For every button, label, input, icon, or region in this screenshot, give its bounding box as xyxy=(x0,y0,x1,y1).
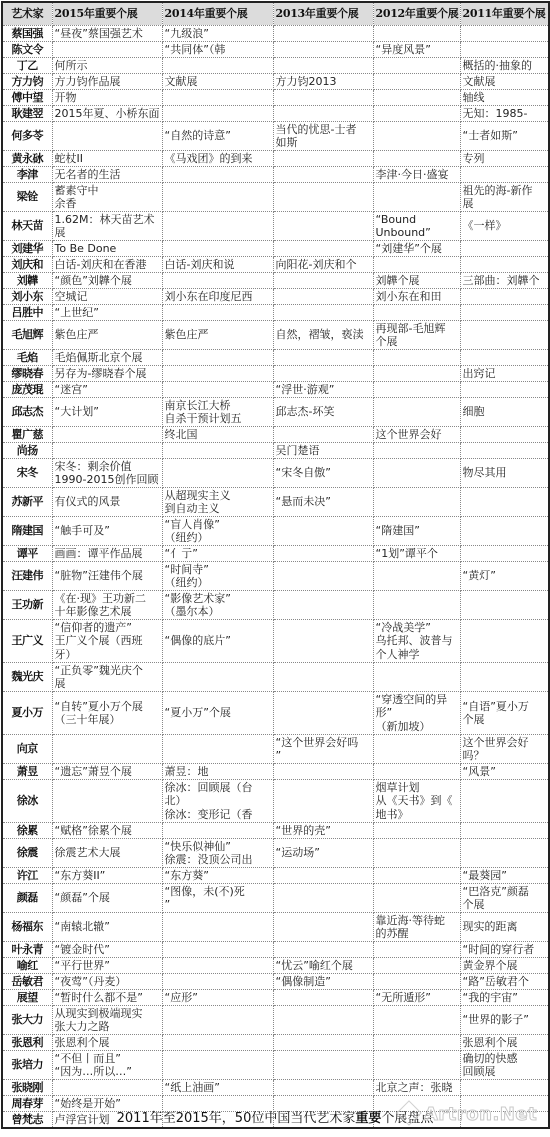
artist-name-cell: 黄永砅 xyxy=(2,151,52,167)
exhibition-cell-2013: “这个世界会好吗 ” xyxy=(273,735,373,764)
exhibition-cell-2011 xyxy=(460,167,549,183)
exhibition-cell-2011: 文献展 xyxy=(460,74,549,90)
table-row: 黄永砅蛇杖II《马戏团》的到来专列 xyxy=(2,151,549,167)
exhibition-cell-2011: “士者如斯” xyxy=(460,122,549,151)
exhibition-cell-2014: “东方葵” xyxy=(162,868,273,884)
exhibition-cell-2012 xyxy=(373,663,460,692)
exhibition-cell-2013: “悬而未决” xyxy=(273,488,373,517)
exhibition-cell-2014 xyxy=(162,974,273,990)
exhibition-cell-2012: 靠近海·等待蛇 的苏醒 xyxy=(373,913,460,942)
exhibition-cell-2012 xyxy=(373,884,460,913)
artist-name-cell: 徐震 xyxy=(2,839,52,868)
exhibition-cell-2012: “异度风景” xyxy=(373,42,460,58)
exhibition-cell-2015: 《在·现》王功新二 十年影像艺术展 xyxy=(52,591,162,620)
table-row: 展望“暂时什么都不是”“应形”“无所遁形”“我的宇宙” xyxy=(2,990,549,1006)
exhibition-cell-2013 xyxy=(273,663,373,692)
exhibition-cell-2014: 徐冰：回顾展（台 北） 徐冰：变形记（香 xyxy=(162,780,273,823)
exhibition-cell-2014: “图像，未(不)死 ” xyxy=(162,884,273,913)
exhibition-cell-2012 xyxy=(373,591,460,620)
exhibition-cell-2011 xyxy=(460,780,549,823)
exhibition-cell-2011: “巴洛克”颜磊 个展 xyxy=(460,884,549,913)
exhibition-cell-2011 xyxy=(460,305,549,321)
exhibition-cell-2013: 自然，褶皱，亵渎 xyxy=(273,321,373,350)
exhibition-cell-2013 xyxy=(273,764,373,780)
exhibition-cell-2015 xyxy=(52,780,162,823)
exhibition-cell-2012: “隋建国” xyxy=(373,517,460,546)
artist-name-cell: 林天苗 xyxy=(2,212,52,241)
exhibition-cell-2013 xyxy=(273,1080,373,1096)
exhibition-cell-2014: 终北国 xyxy=(162,427,273,443)
exhibition-cell-2015: “镀金时代” xyxy=(52,942,162,958)
table-row: 刘韡“颜色”刘韡个展刘韡个展三部曲：刘韡个 xyxy=(2,273,549,289)
exhibition-cell-2012 xyxy=(373,74,460,90)
exhibition-cell-2013 xyxy=(273,1051,373,1080)
artist-name-cell: 李津 xyxy=(2,167,52,183)
table-row: 张恩利张恩利个展张恩利个展 xyxy=(2,1035,549,1051)
artist-name-cell: 方力钧 xyxy=(2,74,52,90)
artist-name-cell: 展望 xyxy=(2,990,52,1006)
exhibition-cell-2013 xyxy=(273,42,373,58)
table-row: 刘庆和白话-刘庆和在香港白话-刘庆和说向阳花-刘庆和个 xyxy=(2,257,549,273)
table-row: 何多苓“自然的诗意”当代的忧思-士者 如斯“士者如斯” xyxy=(2,122,549,151)
exhibition-cell-2015 xyxy=(52,1080,162,1096)
artist-name-cell: 杨福东 xyxy=(2,913,52,942)
exhibition-cell-2013 xyxy=(273,1006,373,1035)
exhibition-cell-2014 xyxy=(162,183,273,212)
exhibition-cell-2014 xyxy=(162,1035,273,1051)
exhibition-cell-2014: “亻亍” xyxy=(162,546,273,562)
exhibition-cell-2011: 现实的距离 xyxy=(460,913,549,942)
exhibition-cell-2011: 这个世界会好 吗？ xyxy=(460,735,549,764)
exhibition-cell-2012 xyxy=(373,257,460,273)
exhibition-cell-2014 xyxy=(162,958,273,974)
exhibition-cell-2012: 这个世界会好 xyxy=(373,427,460,443)
table-row: 谭平画画：谭平作品展“亻亍”“1划”谭平个 xyxy=(2,546,549,562)
exhibition-cell-2015: 画画：谭平作品展 xyxy=(52,546,162,562)
exhibition-cell-2011: “最葵园” xyxy=(460,868,549,884)
exhibition-cell-2013: 邱志杰-坏笑 xyxy=(273,398,373,427)
exhibition-cell-2015: 蓄素守中 余香 xyxy=(52,183,162,212)
table-row: 张培力“不但丨而且” “因为…所以…”确切的快感 回顾展 xyxy=(2,1051,549,1080)
table-row: 喻红“平行世界”“忧云”喻红个展黄金界个展 xyxy=(2,958,549,974)
exhibition-cell-2013 xyxy=(273,780,373,823)
exhibition-cell-2013 xyxy=(273,273,373,289)
exhibition-cell-2015: “夜莺”（丹麦） xyxy=(52,974,162,990)
exhibition-cell-2013 xyxy=(273,517,373,546)
table-row: 蔡国强“昼夜”蔡国强艺术“九级浪” xyxy=(2,26,549,42)
artist-name-cell: 徐累 xyxy=(2,823,52,839)
artist-name-cell: 徐冰 xyxy=(2,780,52,823)
exhibition-cell-2014 xyxy=(162,241,273,257)
exhibition-cell-2015: 空城记 xyxy=(52,289,162,305)
artist-name-cell: 谭平 xyxy=(2,546,52,562)
exhibition-cell-2013 xyxy=(273,26,373,42)
exhibition-cell-2012 xyxy=(373,90,460,106)
exhibition-cell-2012: “冷战美学” 乌托邦、波普与 个人神学 xyxy=(373,620,460,663)
artist-name-cell: 张恩利 xyxy=(2,1035,52,1051)
table-row: 刘小东空城记刘小东在印度尼西刘小东在和田 xyxy=(2,289,549,305)
exhibition-cell-2012: “无所遁形” xyxy=(373,990,460,1006)
exhibition-cell-2015: 毛焰佩斯北京个展 xyxy=(52,350,162,366)
exhibition-cell-2015 xyxy=(52,735,162,764)
exhibition-cell-2014: “共同体”（韩 xyxy=(162,42,273,58)
artist-name-cell: 陈文令 xyxy=(2,42,52,58)
exhibition-cell-2012 xyxy=(373,1006,460,1035)
exhibition-cell-2011 xyxy=(460,620,549,663)
table-row: 吕胜中“上世纪” xyxy=(2,305,549,321)
exhibition-cell-2015 xyxy=(52,427,162,443)
exhibition-cell-2014 xyxy=(162,212,273,241)
exhibition-cell-2014: 白话-刘庆和说 xyxy=(162,257,273,273)
exhibition-cell-2013 xyxy=(273,90,373,106)
exhibition-cell-2011: 物尽其用 xyxy=(460,459,549,488)
exhibition-cell-2011: “世界的影子” xyxy=(460,1006,549,1035)
exhibition-cell-2011 xyxy=(460,427,549,443)
caption-text-pre: 2011年至2015年，50位中国当代艺术家 xyxy=(117,1111,356,1126)
artist-name-cell: 许江 xyxy=(2,868,52,884)
exhibition-cell-2015: 开物 xyxy=(52,90,162,106)
artist-name-cell: 何多苓 xyxy=(2,122,52,151)
exhibition-cell-2013 xyxy=(273,183,373,212)
exhibition-cell-2012 xyxy=(373,26,460,42)
exhibition-cell-2014 xyxy=(162,942,273,958)
exhibition-cell-2013: “偶像制造” xyxy=(273,974,373,990)
exhibition-cell-2011: “路”岳敏君个 xyxy=(460,974,549,990)
exhibition-cell-2015: “信仰者的遗产” 王广义个展（西班 牙） xyxy=(52,620,162,663)
exhibition-cell-2013 xyxy=(273,305,373,321)
artist-name-cell: 刘韡 xyxy=(2,273,52,289)
table-row: 张大力从现实到极端现实 张大力之路“世界的影子” xyxy=(2,1006,549,1035)
exhibition-cell-2012 xyxy=(373,443,460,459)
exhibition-cell-2014: “影像艺术家” （墨尔本） xyxy=(162,591,273,620)
artist-name-cell: 宋冬 xyxy=(2,459,52,488)
exhibition-cell-2015: 1.62M：林天苗艺术展 xyxy=(52,212,162,241)
header-2014: 2014年重要个展 xyxy=(162,2,273,26)
table-row: 向京“这个世界会好吗 ” 这个世界会好 吗？ xyxy=(2,735,549,764)
table-row: 汪建伟“脏物”汪建伟个展“时间寺” （纽约）“黄灯” xyxy=(2,562,549,591)
exhibition-cell-2013 xyxy=(273,1035,373,1051)
table-row: 陈文令“共同体”（韩“异度风景” xyxy=(2,42,549,58)
table-row: 徐冰徐冰：回顾展（台 北） 徐冰：变形记（香烟草计划 从《天书》到《 地书》 xyxy=(2,780,549,823)
exhibition-cell-2013 xyxy=(273,58,373,74)
exhibition-cell-2011 xyxy=(460,663,549,692)
exhibition-cell-2012 xyxy=(373,942,460,958)
artist-name-cell: 王广义 xyxy=(2,620,52,663)
exhibition-cell-2015: “颜磊”个展 xyxy=(52,884,162,913)
exhibition-cell-2013: 向阳花-刘庆和个 xyxy=(273,257,373,273)
exhibition-cell-2014: 文献展 xyxy=(162,74,273,90)
artist-name-cell: 张培力 xyxy=(2,1051,52,1080)
exhibition-cell-2013 xyxy=(273,289,373,305)
exhibition-cell-2015: “上世纪” xyxy=(52,305,162,321)
exhibition-cell-2012 xyxy=(373,839,460,868)
exhibition-cell-2012 xyxy=(373,382,460,398)
exhibition-cell-2015: “自转”夏小万个展 （三十年展） xyxy=(52,692,162,735)
exhibition-cell-2011 xyxy=(460,443,549,459)
exhibition-cell-2012 xyxy=(373,106,460,122)
table-row: 隋建国“触手可及”“盲人肖像” （纽约）“隋建国” xyxy=(2,517,549,546)
exhibition-cell-2014: “夏小万”个展 xyxy=(162,692,273,735)
exhibition-cell-2014: “九级浪” xyxy=(162,26,273,42)
exhibition-table-container: 艺术家 2015年重要个展 2014年重要个展 2013年重要个展 2012年重… xyxy=(1,1,548,1129)
table-header-row: 艺术家 2015年重要个展 2014年重要个展 2013年重要个展 2012年重… xyxy=(2,2,549,26)
exhibition-cell-2012: 李津·今日·盛宴 xyxy=(373,167,460,183)
exhibition-cell-2011: 三部曲：刘韡个 xyxy=(460,273,549,289)
table-row: 毛旭辉紫色庄严紫色庄严自然，褶皱，亵渎再现部-毛旭辉 个展 xyxy=(2,321,549,350)
exhibition-cell-2014 xyxy=(162,90,273,106)
exhibition-cell-2015: “平行世界” xyxy=(52,958,162,974)
table-row: 刘建华To Be Done“刘建华”个展 xyxy=(2,241,549,257)
exhibition-cell-2015: 2015年夏、小桥东面 xyxy=(52,106,162,122)
artist-name-cell: 喻红 xyxy=(2,958,52,974)
exhibition-cell-2015: “遗忘”萧昱个展 xyxy=(52,764,162,780)
table-row: 庞茂琨“迷宫”“浮世·游观” xyxy=(2,382,549,398)
exhibition-cell-2014 xyxy=(162,1051,273,1080)
exhibition-cell-2012: “1划”谭平个 xyxy=(373,546,460,562)
exhibition-cell-2015: To Be Done xyxy=(52,241,162,257)
artist-name-cell: 王功新 xyxy=(2,591,52,620)
exhibition-cell-2014: 萧昱：地 xyxy=(162,764,273,780)
artist-name-cell: 尚扬 xyxy=(2,443,52,459)
table-row: 王功新《在·现》王功新二 十年影像艺术展“影像艺术家” （墨尔本） xyxy=(2,591,549,620)
artist-name-cell: 瞿广慈 xyxy=(2,427,52,443)
exhibition-cell-2013 xyxy=(273,151,373,167)
exhibition-cell-2012 xyxy=(373,151,460,167)
exhibition-cell-2012 xyxy=(373,398,460,427)
artist-name-cell: 颜磊 xyxy=(2,884,52,913)
table-row: 魏光庆“正负零”魏光庆个 展 xyxy=(2,663,549,692)
exhibition-cell-2011: 概括的·抽象的 xyxy=(460,58,549,74)
exhibition-cell-2012 xyxy=(373,562,460,591)
table-row: 岳敏君“夜莺”（丹麦）“偶像制造”“路”岳敏君个 xyxy=(2,974,549,990)
header-2012: 2012年重要个展 xyxy=(373,2,460,26)
exhibition-cell-2013 xyxy=(273,427,373,443)
exhibition-cell-2013 xyxy=(273,366,373,382)
artist-name-cell: 缪晓春 xyxy=(2,366,52,382)
exhibition-cell-2014: “偶像的底片” xyxy=(162,620,273,663)
exhibition-cell-2014: “自然的诗意” xyxy=(162,122,273,151)
exhibition-cell-2014 xyxy=(162,735,273,764)
exhibition-cell-2011 xyxy=(460,257,549,273)
exhibition-cell-2011: “黄灯” xyxy=(460,562,549,591)
exhibition-cell-2011 xyxy=(460,517,549,546)
exhibition-cell-2013 xyxy=(273,350,373,366)
exhibition-cell-2015: 从现实到极端现实 张大力之路 xyxy=(52,1006,162,1035)
exhibition-cell-2011: 张恩利个展 xyxy=(460,1035,549,1051)
artist-name-cell: 萧昱 xyxy=(2,764,52,780)
exhibition-cell-2015: “昼夜”蔡国强艺术 xyxy=(52,26,162,42)
table-row: 苏新平有仪式的风景从超现实主义 到自动主义“悬而未决” xyxy=(2,488,549,517)
exhibition-cell-2014 xyxy=(162,167,273,183)
header-2011: 2011年重要个展 xyxy=(460,2,549,26)
table-row: 傅中望开物轴线 xyxy=(2,90,549,106)
table-row: 张晓刚“纸上油画”北京之声：张晓 xyxy=(2,1080,549,1096)
exhibition-cell-2015: “赋格”徐累个展 xyxy=(52,823,162,839)
exhibition-cell-2011 xyxy=(460,382,549,398)
watermark-text: Artron.Net xyxy=(424,1104,537,1125)
exhibition-cell-2013 xyxy=(273,212,373,241)
exhibition-cell-2014 xyxy=(162,366,273,382)
artist-name-cell: 夏小万 xyxy=(2,692,52,735)
exhibition-cell-2013 xyxy=(273,106,373,122)
exhibition-cell-2015: 张恩利个展 xyxy=(52,1035,162,1051)
exhibition-cell-2011: 专列 xyxy=(460,151,549,167)
exhibition-cell-2015: 何所示 xyxy=(52,58,162,74)
exhibition-cell-2011: 黄金界个展 xyxy=(460,958,549,974)
exhibition-cell-2013: 方力钧2013 xyxy=(273,74,373,90)
exhibition-cell-2015: “东方葵II” xyxy=(52,868,162,884)
exhibition-cell-2013 xyxy=(273,990,373,1006)
table-row: 耿建翌2015年夏、小桥东面无知：1985- xyxy=(2,106,549,122)
exhibition-cell-2011 xyxy=(460,26,549,42)
table-row: 杨福东“南辕北辙”靠近海·等待蛇 的苏醒现实的距离 xyxy=(2,913,549,942)
exhibition-cell-2012: 刘小东在和田 xyxy=(373,289,460,305)
artist-name-cell: 向京 xyxy=(2,735,52,764)
header-2013: 2013年重要个展 xyxy=(273,2,373,26)
exhibition-cell-2015 xyxy=(52,443,162,459)
exhibition-cell-2014 xyxy=(162,58,273,74)
exhibition-cell-2012 xyxy=(373,183,460,212)
artist-name-cell: 刘庆和 xyxy=(2,257,52,273)
table-row: 许江“东方葵II”“东方葵”“最葵园” xyxy=(2,868,549,884)
exhibition-cell-2012: “刘建华”个展 xyxy=(373,241,460,257)
artist-name-cell: 岳敏君 xyxy=(2,974,52,990)
artist-name-cell: 蔡国强 xyxy=(2,26,52,42)
artist-name-cell: 张晓刚 xyxy=(2,1080,52,1096)
exhibition-cell-2014 xyxy=(162,273,273,289)
exhibition-cell-2011: 确切的快感 回顾展 xyxy=(460,1051,549,1080)
exhibition-cell-2015: 徐震艺术大展 xyxy=(52,839,162,868)
exhibition-cell-2015: 紫色庄严 xyxy=(52,321,162,350)
exhibition-cell-2013: “运动场” xyxy=(273,839,373,868)
exhibition-cell-2011: “我的宇宙” xyxy=(460,990,549,1006)
exhibition-cell-2015: “迷宫” xyxy=(52,382,162,398)
exhibition-cell-2015: 宋冬：剩余价值 1990-2015创作回顾 xyxy=(52,459,162,488)
exhibition-cell-2012 xyxy=(373,350,460,366)
header-2015: 2015年重要个展 xyxy=(52,2,162,26)
exhibition-cell-2013: “世界的壳” xyxy=(273,823,373,839)
exhibition-cell-2012 xyxy=(373,122,460,151)
exhibition-cell-2014 xyxy=(162,443,273,459)
artist-name-cell: 毛焰 xyxy=(2,350,52,366)
artist-name-cell: 张大力 xyxy=(2,1006,52,1035)
exhibition-cell-2014 xyxy=(162,305,273,321)
exhibition-cell-2015: 无名者的生活 xyxy=(52,167,162,183)
exhibition-cell-2013 xyxy=(273,868,373,884)
exhibition-cell-2013: “浮世·游观” xyxy=(273,382,373,398)
table-row: 丁乙何所示概括的·抽象的 xyxy=(2,58,549,74)
exhibition-cell-2011 xyxy=(460,42,549,58)
exhibition-cell-2011 xyxy=(460,488,549,517)
exhibition-cell-2014: 刘小东在印度尼西 xyxy=(162,289,273,305)
exhibition-cell-2011 xyxy=(460,823,549,839)
table-row: 瞿广慈终北国这个世界会好 xyxy=(2,427,549,443)
exhibition-cell-2011 xyxy=(460,321,549,350)
exhibition-cell-2015: “暂时什么都不是” xyxy=(52,990,162,1006)
exhibition-cell-2011: 《一样》 xyxy=(460,212,549,241)
exhibition-cell-2014 xyxy=(162,106,273,122)
artist-name-cell: 叶永青 xyxy=(2,942,52,958)
exhibition-cell-2012: “穿透空间的异 形” （新加坡） xyxy=(373,692,460,735)
exhibition-cell-2015: 方力钧作品展 xyxy=(52,74,162,90)
exhibition-cell-2013 xyxy=(273,692,373,735)
artist-name-cell: 丁乙 xyxy=(2,58,52,74)
exhibition-cell-2013 xyxy=(273,884,373,913)
table-row: 梁铨蓄素守中 余香祖先的海-新作 展 xyxy=(2,183,549,212)
exhibition-cell-2013: “忧云”喻红个展 xyxy=(273,958,373,974)
exhibition-cell-2011: 轴线 xyxy=(460,90,549,106)
exhibition-cell-2015: “不但丨而且” “因为…所以…” xyxy=(52,1051,162,1080)
exhibition-cell-2015: “南辕北辙” xyxy=(52,913,162,942)
artist-name-cell: 苏新平 xyxy=(2,488,52,517)
exhibition-cell-2014: 紫色庄严 xyxy=(162,321,273,350)
exhibition-cell-2011 xyxy=(460,350,549,366)
exhibition-cell-2011: 细胞 xyxy=(460,398,549,427)
artist-name-cell: 梁铨 xyxy=(2,183,52,212)
table-row: 李津无名者的生活李津·今日·盛宴 xyxy=(2,167,549,183)
exhibition-cell-2011 xyxy=(460,546,549,562)
artist-name-cell: 刘建华 xyxy=(2,241,52,257)
table-row: 颜磊“颜磊”个展“图像，未(不)死 ”“巴洛克”颜磊 个展 xyxy=(2,884,549,913)
exhibition-cell-2014: “应形” xyxy=(162,990,273,1006)
exhibition-cell-2014: 从超现实主义 到自动主义 xyxy=(162,488,273,517)
exhibition-cell-2011 xyxy=(460,839,549,868)
exhibition-cell-2012: 北京之声：张晓 xyxy=(373,1080,460,1096)
header-artist: 艺术家 xyxy=(2,2,52,26)
table-row: 林天苗1.62M：林天苗艺术展“Bound Unbound”《一样》 xyxy=(2,212,549,241)
artist-name-cell: 吕胜中 xyxy=(2,305,52,321)
exhibition-cell-2011 xyxy=(460,289,549,305)
exhibition-cell-2012 xyxy=(373,735,460,764)
exhibition-cell-2012 xyxy=(373,764,460,780)
table-row: 夏小万“自转”夏小万个展 （三十年展）“夏小万”个展“穿透空间的异 形” （新加… xyxy=(2,692,549,735)
exhibition-cell-2012 xyxy=(373,823,460,839)
table-row: 方力钧方力钧作品展文献展方力钧2013文献展 xyxy=(2,74,549,90)
exhibition-cell-2014: 南京长江大桥 自杀干预计划五 xyxy=(162,398,273,427)
exhibition-cell-2011: 出窍记 xyxy=(460,366,549,382)
exhibition-cell-2012 xyxy=(373,1051,460,1080)
exhibition-cell-2013: 当代的忧思-士者 如斯 xyxy=(273,122,373,151)
exhibition-cell-2014 xyxy=(162,913,273,942)
exhibition-cell-2011: 祖先的海-新作 展 xyxy=(460,183,549,212)
table-row: 毛焰毛焰佩斯北京个展 xyxy=(2,350,549,366)
exhibition-cell-2014 xyxy=(162,459,273,488)
table-row: 尚扬吴门楚语 xyxy=(2,443,549,459)
exhibition-cell-2011: “自语”夏小万 个展 xyxy=(460,692,549,735)
exhibition-cell-2015: “脏物”汪建伟个展 xyxy=(52,562,162,591)
table-row: 徐累“赋格”徐累个展“世界的壳” xyxy=(2,823,549,839)
exhibition-cell-2012 xyxy=(373,868,460,884)
exhibition-cell-2014 xyxy=(162,1006,273,1035)
artist-name-cell: 刘小东 xyxy=(2,289,52,305)
table-row: 萧昱“遗忘”萧昱个展萧昱：地“风景” xyxy=(2,764,549,780)
exhibition-cell-2015: 蛇杖II xyxy=(52,151,162,167)
exhibition-cell-2014: “快乐似神仙” 徐震：没顶公司出 xyxy=(162,839,273,868)
exhibition-cell-2013 xyxy=(273,562,373,591)
artist-name-cell: 庞茂琨 xyxy=(2,382,52,398)
exhibition-cell-2013: 吴门楚语 xyxy=(273,443,373,459)
table-body: 蔡国强“昼夜”蔡国强艺术“九级浪”陈文令“共同体”（韩“异度风景”丁乙何所示概括… xyxy=(2,26,549,1129)
exhibition-cell-2012 xyxy=(373,974,460,990)
exhibition-cell-2013 xyxy=(273,620,373,663)
table-row: 邱志杰“大计划”南京长江大桥 自杀干预计划五邱志杰-坏笑细胞 xyxy=(2,398,549,427)
exhibition-cell-2011 xyxy=(460,1080,549,1096)
exhibition-cell-2011: “时间的穿行者 xyxy=(460,942,549,958)
table-row: 宋冬宋冬：剩余价值 1990-2015创作回顾“宋冬自傲”物尽其用 xyxy=(2,459,549,488)
exhibition-cell-2013: “宋冬自傲” xyxy=(273,459,373,488)
exhibition-cell-2013 xyxy=(273,942,373,958)
table-row: 缪晓春另存为-缪晓春个展出窍记 xyxy=(2,366,549,382)
